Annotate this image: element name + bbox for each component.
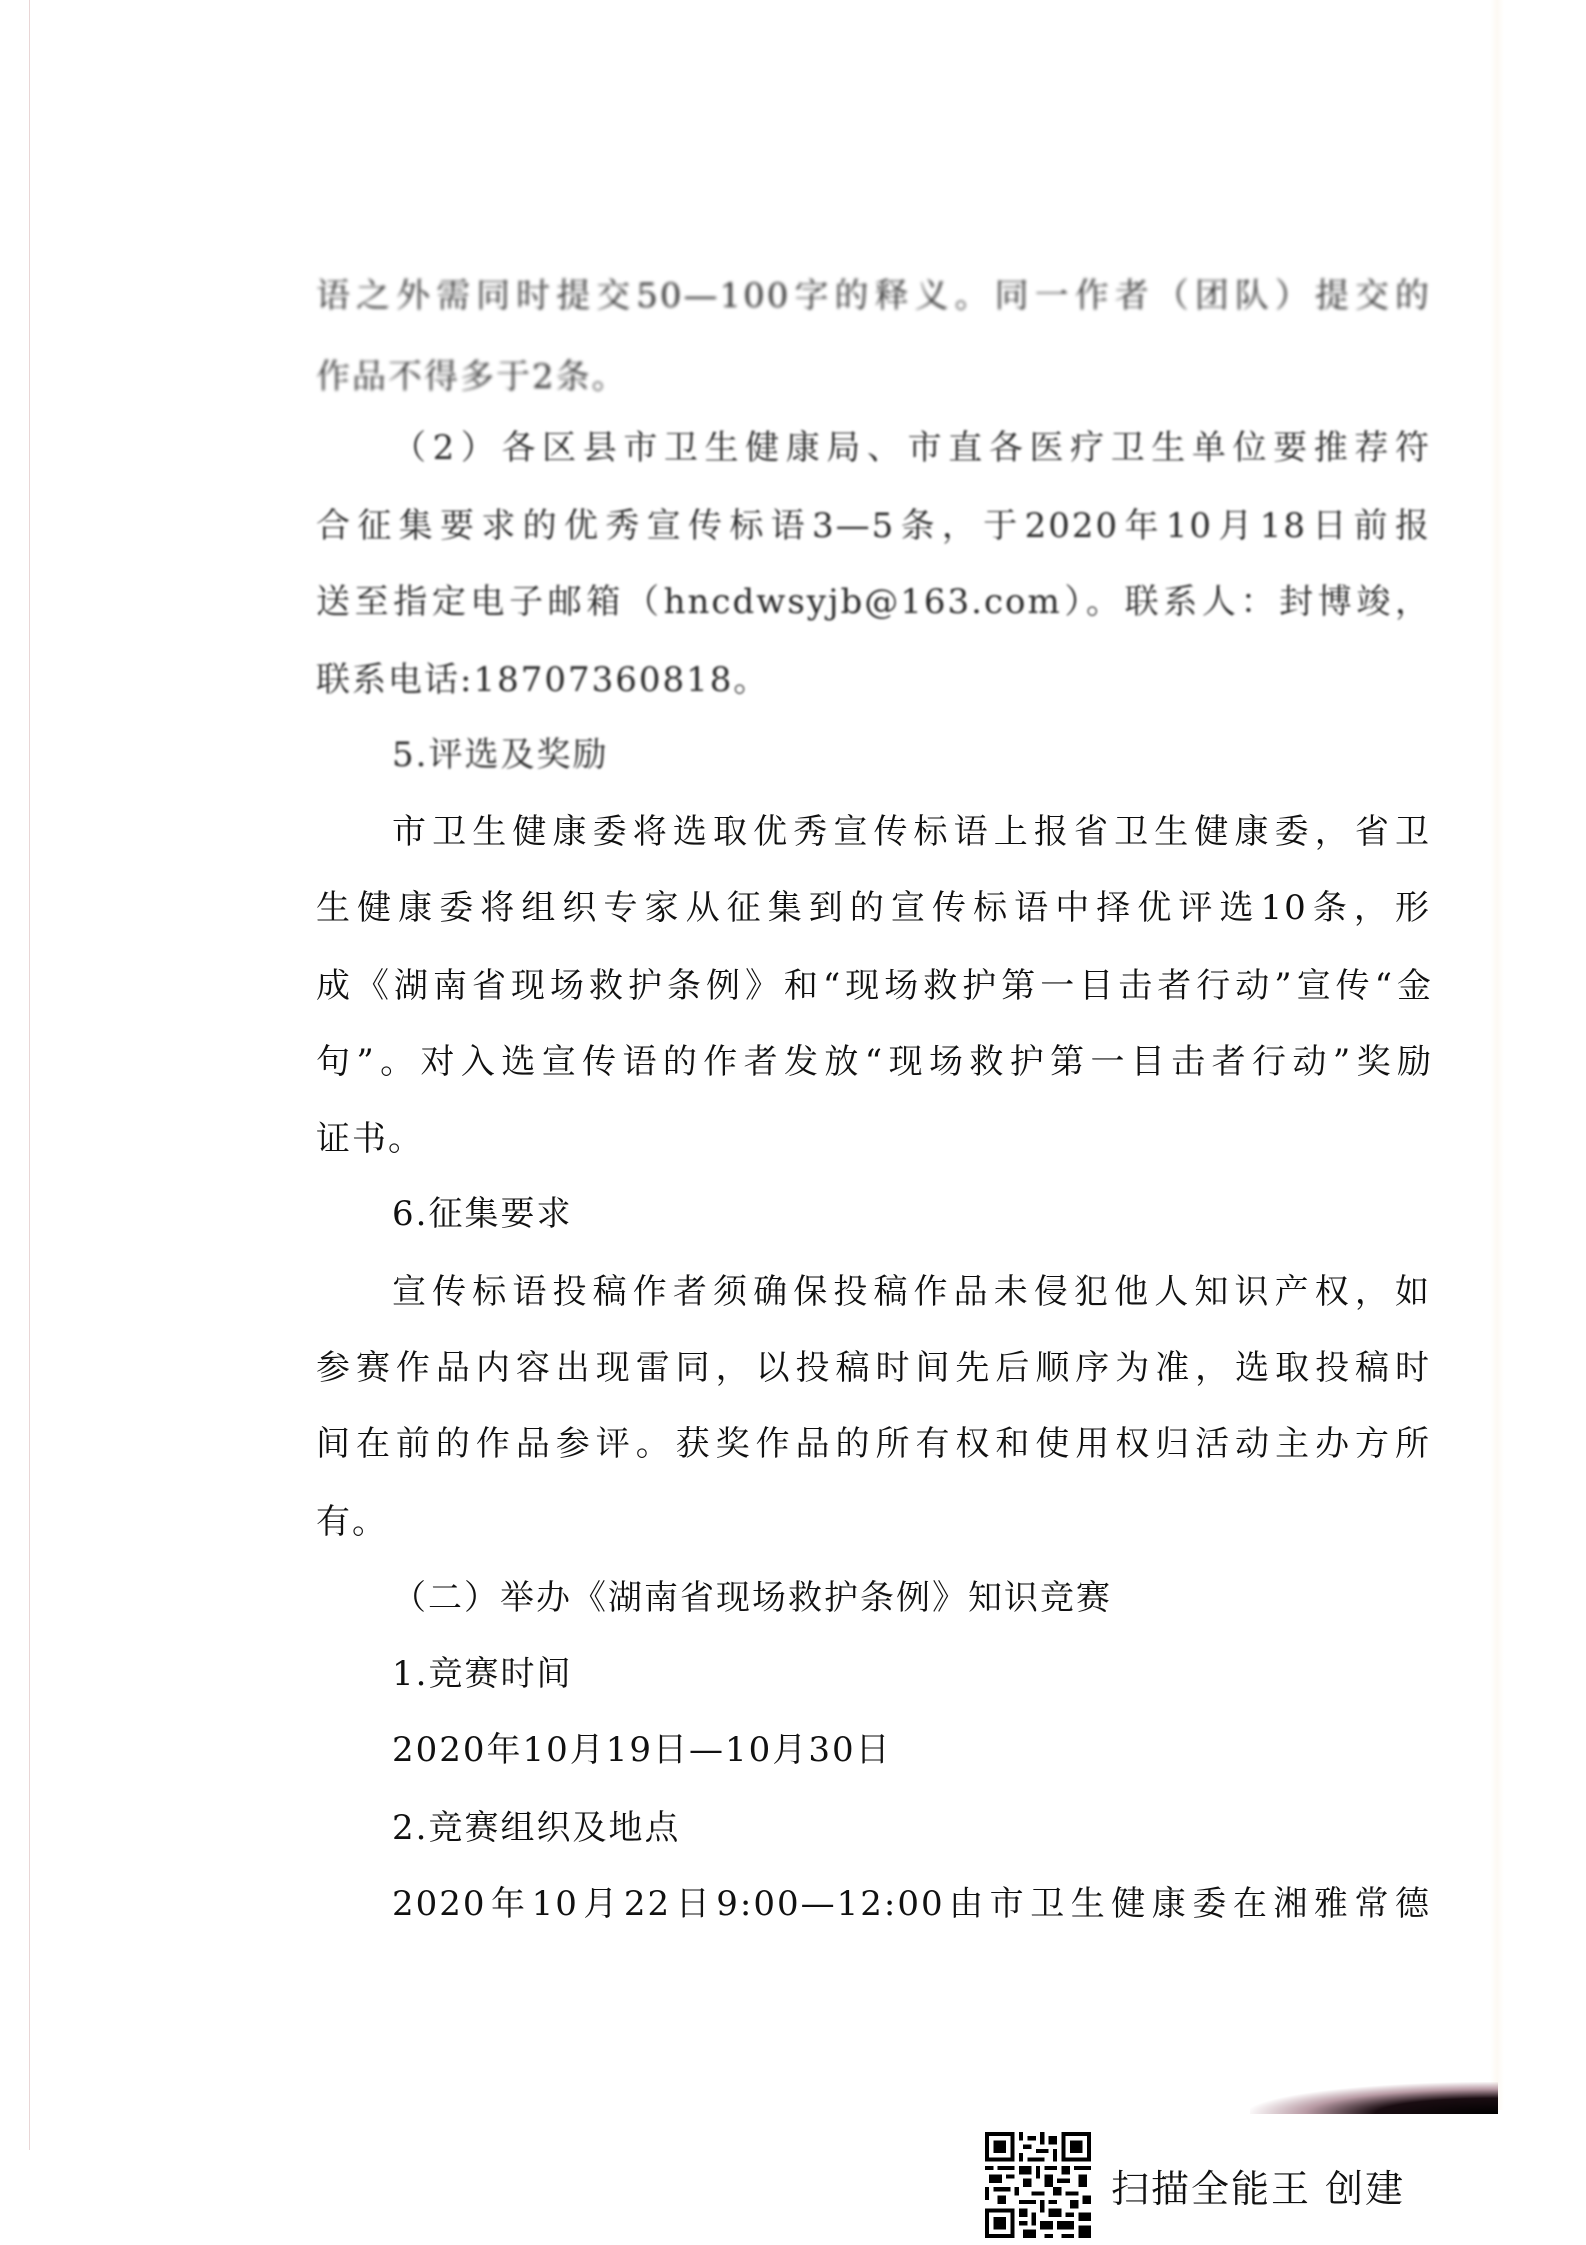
section-heading-6: 6.征集要求 [392, 1190, 572, 1238]
subheading-competition-location: 2.竞赛组织及地点 [392, 1804, 680, 1852]
paragraph-line: 联系电话:18707360818。 [316, 656, 769, 704]
section-heading-2: （二）举办《湖南省现场救护条例》知识竞赛 [392, 1574, 1112, 1622]
watermark-text: 扫描全能王 创建 [1111, 2158, 1405, 2213]
paragraph-line: 间在前的作品参评。获奖作品的所有权和使用权归活动主办方所 [316, 1420, 1431, 1468]
paragraph-line: 作品不得多于2条。 [316, 353, 628, 401]
paragraph-line: 市卫生健康委将选取优秀宣传标语上报省卫生健康委，省卫 [392, 808, 1431, 856]
paragraph-line: 语之外需同时提交50—100字的释义。同一作者（团队）提交的 [316, 272, 1431, 320]
paragraph-line: 句”。对入选宣传语的作者发放“现场救护第一目击者行动”奖励 [316, 1038, 1431, 1086]
scanner-watermark: 扫描全能王 创建 [985, 2132, 1405, 2238]
paragraph-line: 证书。 [316, 1115, 424, 1163]
section-heading-5: 5.评选及奖励 [392, 731, 608, 779]
page-edge-right [1490, 0, 1504, 2110]
scan-shadow-corner [1250, 2082, 1498, 2114]
paragraph-line: 参赛作品内容出现雷同，以投稿时间先后顺序为准，选取投稿时 [316, 1344, 1431, 1392]
paragraph-line: 有。 [316, 1498, 388, 1546]
paragraph-line: （2）各区县市卫生健康局、市直各医疗卫生单位要推荐符 [392, 424, 1431, 472]
qr-code-icon [985, 2132, 1091, 2238]
scanned-page: 语之外需同时提交50—100字的释义。同一作者（团队）提交的 作品不得多于2条。… [0, 0, 1586, 2245]
paragraph-line: 成《湖南省现场救护条例》和“现场救护第一目击者行动”宣传“金 [316, 962, 1431, 1010]
paragraph-line: 送至指定电子邮箱（hncdwsyjb@163.com）。联系人：封博竣， [316, 578, 1431, 626]
paragraph-line: 宣传标语投稿作者须确保投稿作品未侵犯他人知识产权，如 [392, 1268, 1431, 1316]
competition-time-value: 2020年10月19日—10月30日 [392, 1726, 892, 1774]
paragraph-line: 生健康委将组织专家从征集到的宣传标语中择优评选10条，形 [316, 884, 1431, 932]
subheading-competition-time: 1.竞赛时间 [392, 1650, 572, 1698]
page-edge-left [29, 0, 30, 2150]
competition-location-value: 2020年10月22日9:00—12:00由市卫生健康委在湘雅常德 [392, 1880, 1431, 1928]
paragraph-line: 合征集要求的优秀宣传标语3—5条，于2020年10月18日前报 [316, 502, 1431, 550]
